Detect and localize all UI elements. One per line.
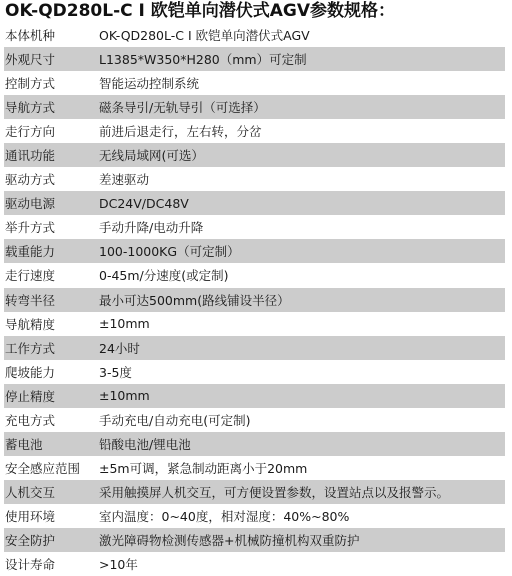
spec-value: 手动升降/电动升降 (99, 218, 505, 236)
spec-row-drive-mode: 驱动方式 差速驱动 (4, 167, 505, 191)
spec-label: 举升方式 (4, 218, 99, 236)
spec-value: 前进后退走行，左右转，分岔 (99, 122, 505, 140)
spec-value: 采用触摸屏人机交互，可方便设置参数，设置站点以及报警示。 (99, 483, 505, 501)
spec-value: OK-QD280L-C I 欧铠单向潜伏式AGV (99, 26, 505, 44)
spec-label: 人机交互 (4, 483, 99, 501)
spec-label: 使用环境 (4, 507, 99, 525)
spec-value: DC24V/DC48V (99, 196, 505, 211)
spec-value: ±10mm (99, 316, 505, 331)
spec-label: 驱动电源 (4, 194, 99, 212)
spec-row-speed: 走行速度 0-45m/分速度(或定制) (4, 263, 505, 287)
spec-row-dimensions: 外观尺寸 L1385*W350*H280（mm）可定制 (4, 47, 505, 71)
spec-table: 本体机种 OK-QD280L-C I 欧铠单向潜伏式AGV 外观尺寸 L1385… (4, 23, 505, 576)
spec-row-hmi: 人机交互 采用触摸屏人机交互，可方便设置参数，设置站点以及报警示。 (4, 480, 505, 504)
spec-label: 导航精度 (4, 315, 99, 333)
spec-row-power: 驱动电源 DC24V/DC48V (4, 191, 505, 215)
spec-label: 外观尺寸 (4, 50, 99, 68)
spec-value: 磁条导引/无轨导引（可选择） (99, 98, 505, 116)
spec-row-lifting: 举升方式 手动升降/电动升降 (4, 215, 505, 239)
spec-label: 通讯功能 (4, 146, 99, 164)
spec-label: 载重能力 (4, 242, 99, 260)
spec-row-direction: 走行方向 前进后退走行，左右转，分岔 (4, 119, 505, 143)
spec-row-load: 载重能力 100-1000KG（可定制） (4, 239, 505, 263)
spec-value: 智能运动控制系统 (99, 74, 505, 92)
spec-value: ±10mm (99, 388, 505, 403)
spec-row-control: 控制方式 智能运动控制系统 (4, 71, 505, 95)
spec-value: 24小时 (99, 339, 505, 357)
spec-value: 最小可达500mm(路线铺设半径） (99, 291, 505, 309)
page-title: OK-QD280L-C I 欧铠单向潜伏式AGV参数规格： (5, 0, 395, 23)
spec-label: 走行速度 (4, 266, 99, 284)
spec-row-communication: 通讯功能 无线局域网(可选） (4, 143, 505, 167)
spec-label: 控制方式 (4, 74, 99, 92)
spec-row-model: 本体机种 OK-QD280L-C I 欧铠单向潜伏式AGV (4, 23, 505, 47)
spec-row-battery: 蓄电池 铅酸电池/锂电池 (4, 432, 505, 456)
spec-value: >10年 (99, 555, 505, 573)
spec-value: 激光障碍物检测传感器+机械防撞机构双重防护 (99, 531, 505, 549)
spec-value: 手动充电/自动充电(可定制) (99, 411, 505, 429)
spec-label: 蓄电池 (4, 435, 99, 453)
spec-value: 无线局域网(可选） (99, 146, 505, 164)
spec-label: 导航方式 (4, 98, 99, 116)
spec-row-charging: 充电方式 手动充电/自动充电(可定制) (4, 408, 505, 432)
spec-row-stop-accuracy: 停止精度 ±10mm (4, 384, 505, 408)
spec-value: 室内温度：0~40度，相对湿度：40%~80% (99, 507, 505, 525)
spec-row-work-mode: 工作方式 24小时 (4, 336, 505, 360)
spec-value: 100-1000KG（可定制） (99, 242, 505, 260)
spec-value: 3-5度 (99, 363, 505, 381)
spec-row-climbing: 爬坡能力 3-5度 (4, 360, 505, 384)
spec-value: ±5m可调，紧急制动距离小于20mm (99, 459, 505, 477)
spec-row-lifespan: 设计寿命 >10年 (4, 552, 505, 576)
spec-label: 转弯半径 (4, 291, 99, 309)
spec-row-turning-radius: 转弯半径 最小可达500mm(路线铺设半径） (4, 288, 505, 312)
spec-label: 停止精度 (4, 387, 99, 405)
spec-value: L1385*W350*H280（mm）可定制 (99, 50, 505, 68)
spec-value: 0-45m/分速度(或定制) (99, 266, 505, 284)
spec-label: 工作方式 (4, 339, 99, 357)
spec-label: 爬坡能力 (4, 363, 99, 381)
spec-label: 本体机种 (4, 26, 99, 44)
spec-label: 安全防护 (4, 531, 99, 549)
spec-label: 走行方向 (4, 122, 99, 140)
spec-row-environment: 使用环境 室内温度：0~40度，相对湿度：40%~80% (4, 504, 505, 528)
spec-label: 设计寿命 (4, 555, 99, 573)
spec-label: 驱动方式 (4, 170, 99, 188)
spec-label: 安全感应范围 (4, 459, 99, 477)
spec-row-safety-range: 安全感应范围 ±5m可调，紧急制动距离小于20mm (4, 456, 505, 480)
spec-row-safety-protection: 安全防护 激光障碍物检测传感器+机械防撞机构双重防护 (4, 528, 505, 552)
spec-value: 铅酸电池/锂电池 (99, 435, 505, 453)
spec-row-navigation: 导航方式 磁条导引/无轨导引（可选择） (4, 95, 505, 119)
spec-value: 差速驱动 (99, 170, 505, 188)
spec-row-nav-accuracy: 导航精度 ±10mm (4, 312, 505, 336)
spec-label: 充电方式 (4, 411, 99, 429)
